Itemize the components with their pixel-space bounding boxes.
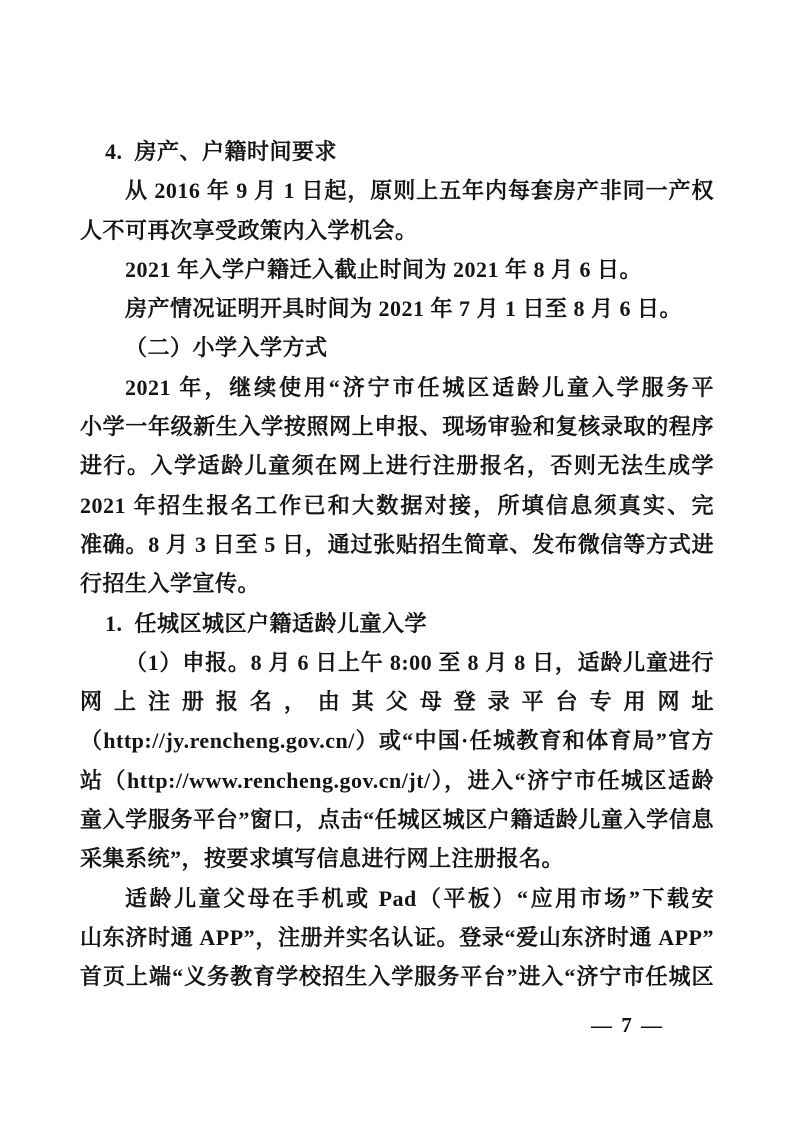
paragraph-line: 人不可再次享受政策内入学机会。 [80,211,714,250]
paragraph-line: 采集系统”，按要求填写信息进行网上注册报名。 [80,839,714,878]
document-page: 4. 房产、户籍时间要求 从 2016 年 9 月 1 日起，原则上五年内每套房… [0,0,794,1123]
section-heading-4-property-household-time: 4. 房产、户籍时间要求 [80,132,714,171]
paragraph-line: 行招生入学宣传。 [80,564,714,603]
paragraph-line: 房产情况证明开具时间为 2021 年 7 月 1 日至 8 月 6 日。 [80,289,714,328]
paragraph-line: 童入学服务平台”窗口，点击“任城区城区户籍适龄儿童入学信息 [80,800,714,839]
paragraph-line: 进行。入学适龄儿童须在网上进行注册报名，否则无法生成学籍。 [80,446,714,485]
paragraph-line: 准确。8 月 3 日至 5 日，通过张贴招生简章、发布微信等方式进 [80,525,714,564]
section-heading-1-urban-hukou-children-enrollment: 1. 任城区城区户籍适龄儿童入学 [80,604,714,643]
paragraph-line: 山东济时通 APP”，注册并实名认证。登录“爱山东济时通 APP” [80,918,714,957]
paragraph-line-url-jy-rencheng: （http://jy.rencheng.gov.cn/）或“中国·任城教育和体育… [80,721,714,760]
paragraph-line: 小学一年级新生入学按照网上申报、现场审验和复核录取的程序 [80,407,714,446]
page-number: — 7 — [591,1011,664,1039]
paragraph-line: 首页上端“义务教育学校招生入学服务平台”进入“济宁市任城区适 [80,957,714,996]
document-body: 4. 房产、户籍时间要求 从 2016 年 9 月 1 日起，原则上五年内每套房… [80,132,714,997]
paragraph-line: 适龄儿童父母在手机或 Pad（平板）“应用市场”下载安装“爱 [80,879,714,918]
paragraph-line: 2021 年，继续使用“济宁市任城区适龄儿童入学服务平台”， [80,368,714,407]
paragraph-line-url-www-rencheng: 站（http://www.rencheng.gov.cn/jt/），进入“济宁市… [80,761,714,800]
paragraph-line: 2021 年入学户籍迁入截止时间为 2021 年 8 月 6 日。 [80,250,714,289]
section-heading-2-primary-school-enrollment-method: （二）小学入学方式 [80,328,714,367]
paragraph-line: 从 2016 年 9 月 1 日起，原则上五年内每套房产非同一产权 [80,171,714,210]
paragraph-line: （1）申报。8 月 6 日上午 8:00 至 8 月 8 日，适龄儿童进行 [80,643,714,682]
paragraph-line: 2021 年招生报名工作已和大数据对接，所填信息须真实、完整、 [80,486,714,525]
paragraph-line: 网上注册报名，由其父母登录平台专用网址 [80,682,714,721]
